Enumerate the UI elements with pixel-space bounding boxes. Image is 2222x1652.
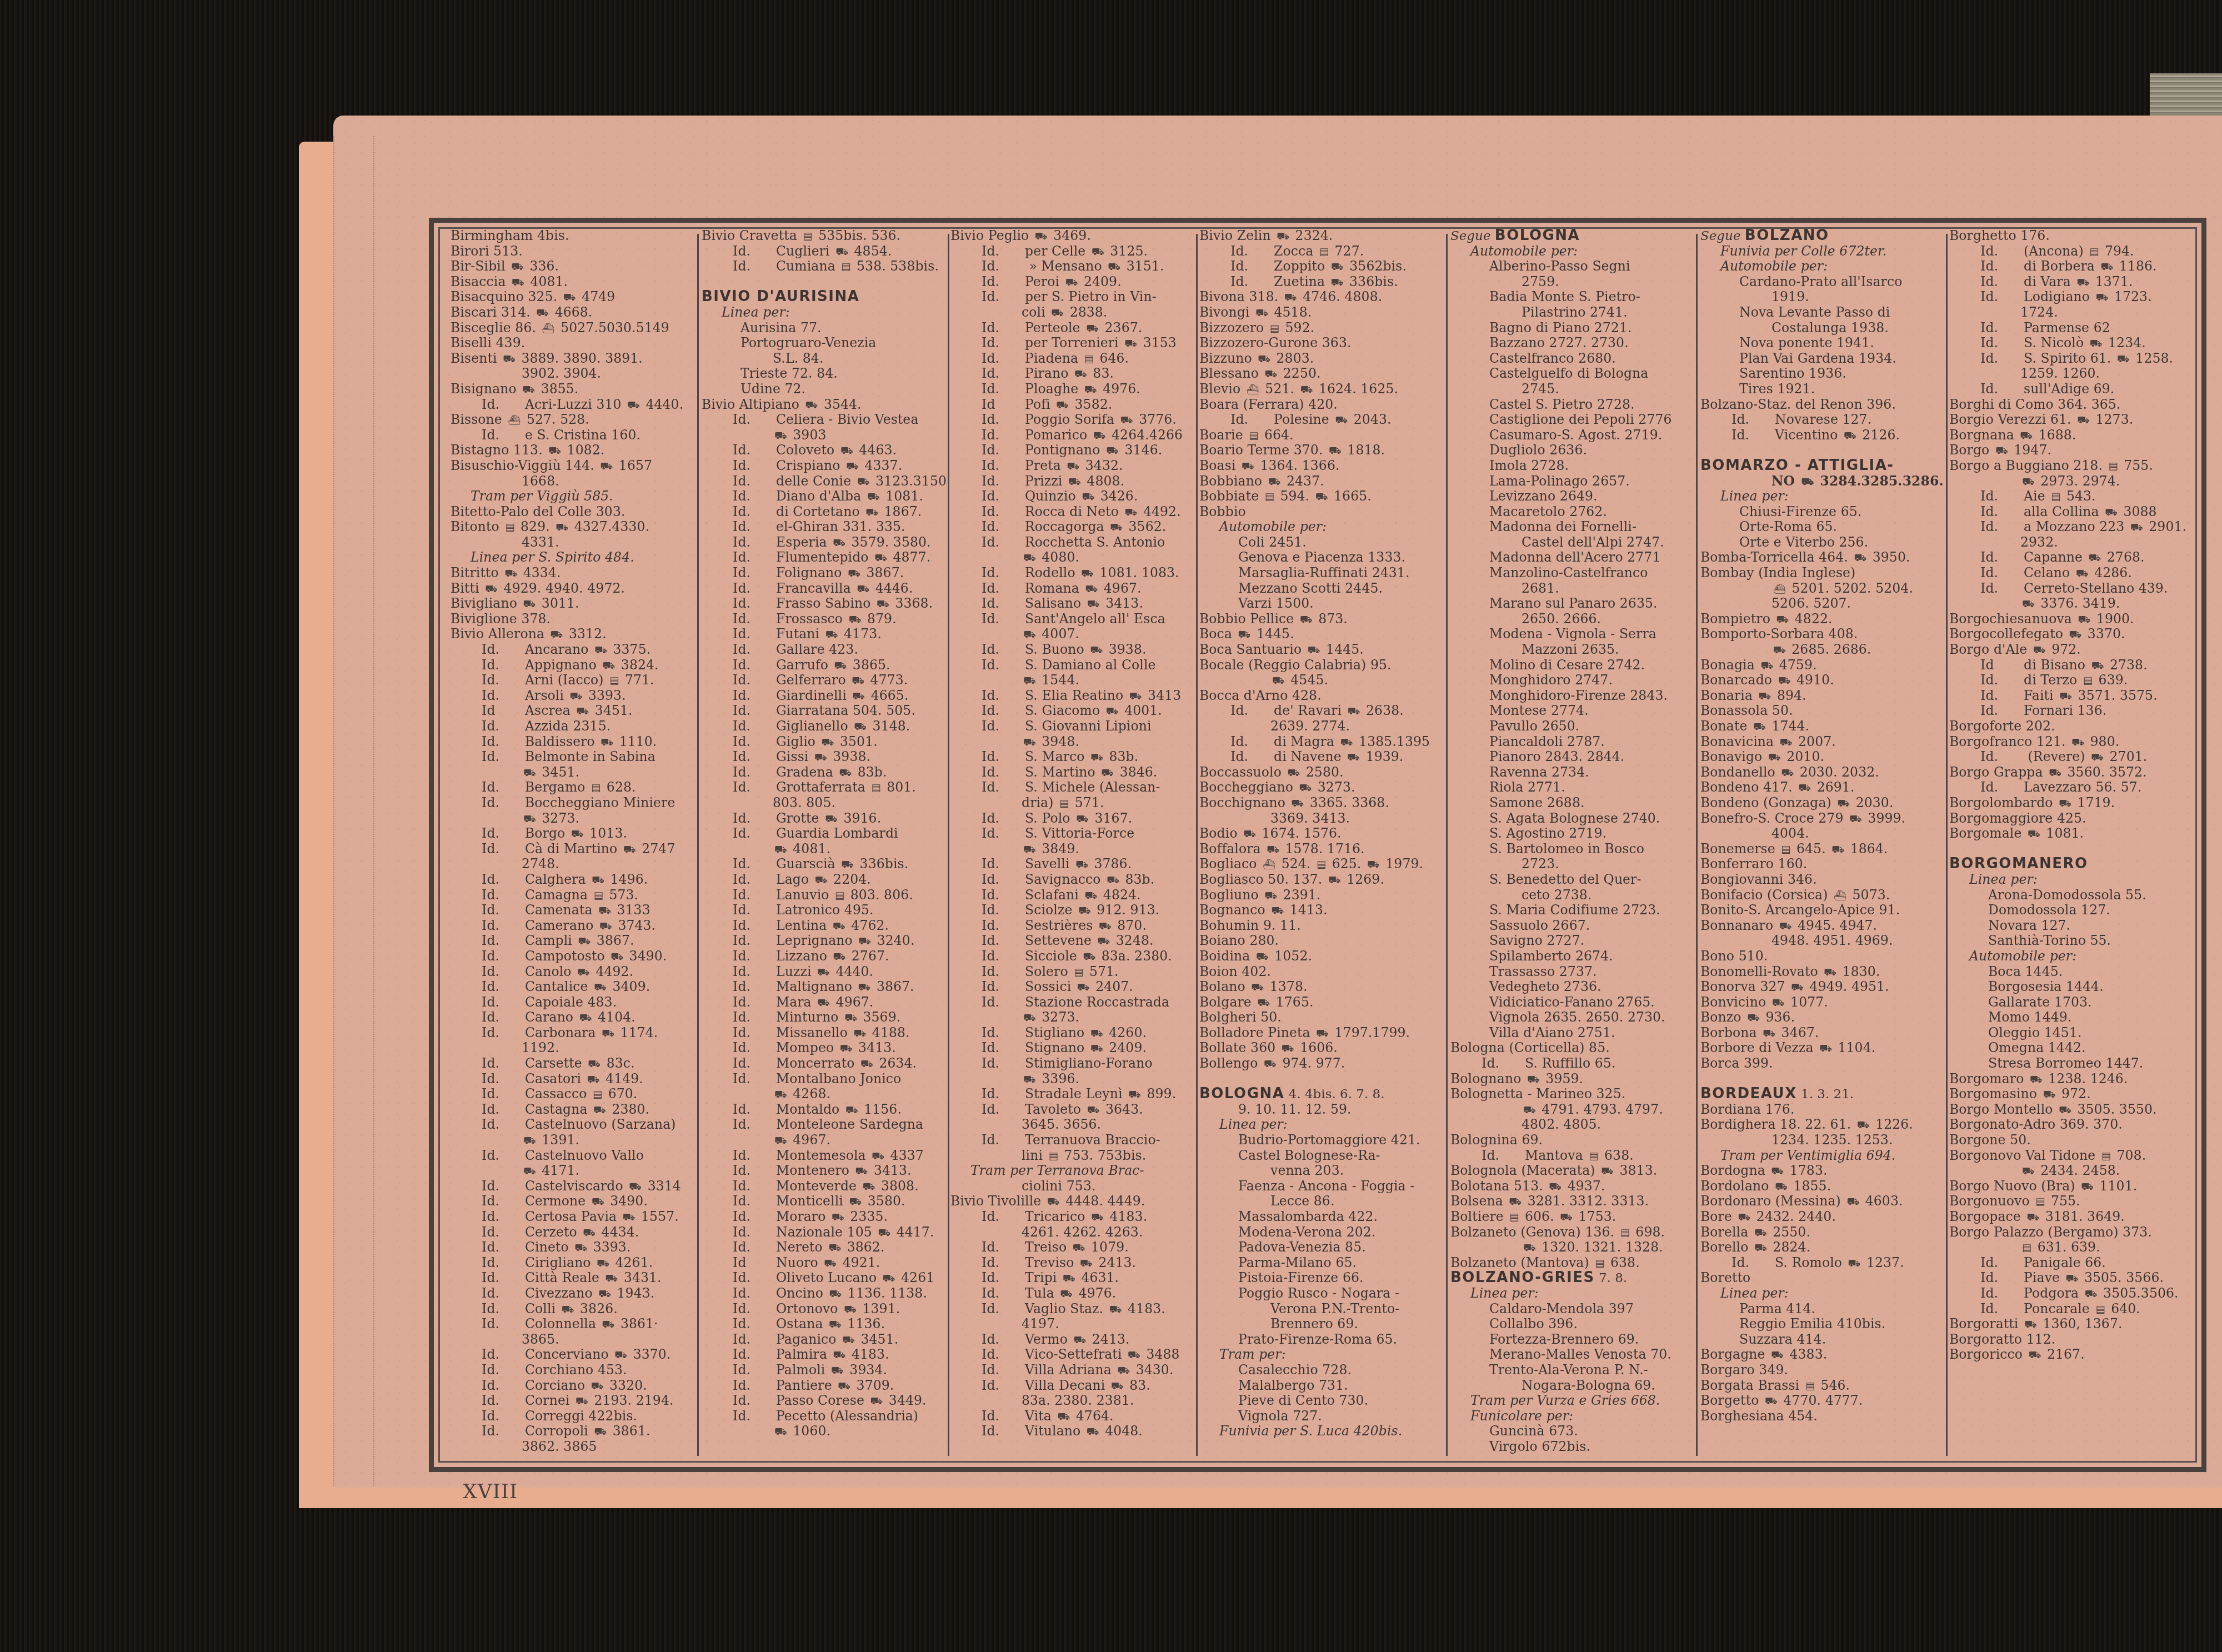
ditto-mark: Id. xyxy=(982,903,1025,918)
bus-icon: ⛟ xyxy=(602,1026,614,1042)
index-entry: Id.Rodello ⛟ 1081. 1083. xyxy=(950,565,1195,581)
ditto-mark: Id. xyxy=(482,1409,525,1424)
index-entry: Id.Villa Decani ⛟ 83. xyxy=(950,1378,1195,1394)
bus-icon: ⛟ xyxy=(594,643,607,658)
index-entry: Id.Luzzi ⛟ 4440. xyxy=(702,964,946,980)
tram-icon: ▤ xyxy=(1084,352,1094,367)
ditto-mark: Id. xyxy=(982,1133,1025,1148)
bus-icon: ⛟ xyxy=(1256,949,1269,965)
index-entry: Genova e Piacenza 1333. xyxy=(1199,550,1444,565)
index-entry: Caldaro-Mendola 397 xyxy=(1450,1301,1695,1317)
ditto-mark: Id. xyxy=(733,1240,776,1255)
bus-icon: ⛟ xyxy=(774,842,787,858)
bus-icon: ⛟ xyxy=(2081,1179,2094,1195)
ditto-mark: Id. xyxy=(733,857,776,872)
index-entry: Id.e S. Cristina 160. xyxy=(451,428,695,443)
index-entry: Bonate ⛟ 1744. xyxy=(1700,719,1945,734)
ditto-mark: Id. xyxy=(733,627,776,642)
index-entry: 1668. xyxy=(451,474,695,489)
index-entry: Bitonto ▤ 829. ⛟ 4327.4330. xyxy=(451,519,695,535)
ditto-mark: Id. xyxy=(482,1240,525,1255)
ditto-mark: Id. xyxy=(733,1179,776,1194)
index-entry: Boffalora ⛟ 1578. 1716. xyxy=(1199,842,1444,857)
index-entry: Id.Peroi ⛟ 2409. xyxy=(950,274,1195,290)
bus-icon: ⛟ xyxy=(844,1010,857,1026)
index-entry: Id.de' Ravari ⛟ 2638. xyxy=(1199,703,1444,719)
ditto-mark: Id. xyxy=(982,366,1025,382)
index-entry: Id.Cineto ⛟ 3393. xyxy=(451,1240,695,1255)
bus-icon: ⛟ xyxy=(1760,658,1773,674)
index-entry: Id.delle Conie ⛟ 3123.3150 xyxy=(702,474,946,489)
ditto-mark: Id. xyxy=(982,1102,1025,1118)
bus-icon: ⛟ xyxy=(1316,1026,1329,1042)
index-entry: 4261. 4262. 4263. xyxy=(950,1225,1195,1240)
bus-icon: ⛟ xyxy=(1848,1256,1861,1271)
bus-icon: ⛟ xyxy=(817,995,830,1011)
index-entry: Id.Quinzio ⛟ 3426. xyxy=(950,489,1195,504)
ditto-mark: Id. xyxy=(1230,703,1274,719)
index-entry: Borgo ⛟ 1947. xyxy=(1949,443,2194,458)
index-entry: Budrio-Portomaggiore 421. xyxy=(1199,1133,1444,1148)
index-entry: 1234. 1235. 1253. xyxy=(1700,1133,1945,1148)
index-entry: 1919. xyxy=(1700,289,1945,305)
ditto-mark: Id. xyxy=(733,811,776,827)
ditto-mark: Id. xyxy=(1980,274,2024,290)
index-entry: Bizzozero ▤ 592. xyxy=(1199,321,1444,336)
index-entry: Id.di Navene ⛟ 1939. xyxy=(1199,749,1444,765)
bus-icon: ⛟ xyxy=(555,520,568,535)
index-entry: Bompietro ⛟ 4822. xyxy=(1700,612,1945,627)
index-entry: Bivio Zelin ⛟ 2324. xyxy=(1199,228,1444,244)
bus-icon: ⛟ xyxy=(1090,643,1103,658)
bus-icon: ⛟ xyxy=(1523,1240,1536,1256)
index-entry: Merano-Malles Venosta 70. xyxy=(1450,1347,1695,1363)
ditto-mark: Id. xyxy=(733,596,776,612)
index-entry: Id.el-Ghiran 331. 335. xyxy=(702,519,946,535)
index-entry: Id.Mara ⛟ 4967. xyxy=(702,995,946,1010)
index-entry: Bolognetta - Marineo 325. xyxy=(1450,1087,1695,1102)
index-entry: Portogruaro-Venezia xyxy=(702,336,946,351)
index-column-7: Borghetto 176.Id.(Ancona) ▤ 794.Id.di Bo… xyxy=(1949,228,2194,1363)
index-entry: Prato-Firenze-Roma 65. xyxy=(1199,1332,1444,1348)
ditto-mark: Id. xyxy=(482,1102,525,1118)
index-entry: Id.Nereto ⛟ 3862. xyxy=(702,1240,946,1255)
index-entry: Boidina ⛟ 1052. xyxy=(1199,949,1444,964)
index-entry: dria) ▤ 571. xyxy=(950,795,1195,811)
ditto-mark: Id. xyxy=(733,1347,776,1363)
tram-icon: ▤ xyxy=(1265,489,1274,505)
bus-icon: ⛟ xyxy=(592,873,604,888)
bus-icon: ⛟ xyxy=(840,1041,853,1057)
index-entry: Sarentino 1936. xyxy=(1700,366,1945,382)
index-entry: Id.Francavilla ⛟ 4446. xyxy=(702,581,946,597)
tram-icon: ▤ xyxy=(1270,321,1279,337)
ditto-mark: Id. xyxy=(982,519,1025,535)
index-entry: Bolotana 513. ⛟ 4937. xyxy=(1450,1179,1695,1194)
bus-icon: ⛟ xyxy=(857,474,870,490)
index-entry: Id.Colonnella ⛟ 3861· xyxy=(451,1316,695,1332)
index-column-5: Segue BOLOGNAAutomobile per:Alberino-Pas… xyxy=(1450,228,1695,1455)
index-entry: Suzzara 414. xyxy=(1700,1332,1945,1348)
ditto-mark: Id. xyxy=(982,888,1025,903)
bus-icon: ⛟ xyxy=(551,627,563,643)
index-entry: Borghetto 176. xyxy=(1949,228,2194,244)
index-entry: ceto 2738. xyxy=(1450,888,1695,903)
index-entry: Boccheggiano ⛟ 3273. xyxy=(1199,780,1444,795)
index-entry: Birmingham 4bis. xyxy=(451,228,695,244)
index-entry: Molino di Cesare 2742. xyxy=(1450,658,1695,673)
index-entry: Id.Celiera - Bivio Vestea xyxy=(702,412,946,428)
ditto-mark: Id. xyxy=(982,1332,1025,1348)
bus-icon: ⛟ xyxy=(2059,689,2072,704)
bus-icon: ⛟ xyxy=(832,1210,844,1225)
index-entry: Borgoforte 202. xyxy=(1949,719,2194,734)
index-entry: Id.Vitulano ⛟ 4048. xyxy=(950,1424,1195,1439)
ditto-mark: Id. xyxy=(482,734,525,750)
bus-icon: ⛟ xyxy=(774,1133,787,1149)
index-entry: Riola 2771. xyxy=(1450,780,1695,795)
ditto-mark: Id. xyxy=(482,872,525,888)
index-entry: 4802. 4805. xyxy=(1450,1117,1695,1133)
bus-icon: ⛟ xyxy=(1560,1210,1573,1225)
index-entry: Id.Sicciole ⛟ 83a. 2380. xyxy=(950,949,1195,964)
index-entry: Borgolombardo ⛟ 1719. xyxy=(1949,795,2194,811)
index-entry: Reggio Emilia 410bis. xyxy=(1700,1316,1945,1332)
index-entry: Id.Tricarico ⛟ 4183. xyxy=(950,1209,1195,1225)
index-entry: Bivigliano ⛟ 3011. xyxy=(451,596,695,612)
column-divider xyxy=(1696,234,1698,1456)
index-entry: Borgio Verezzi 61. ⛟ 1273. xyxy=(1949,412,2194,428)
index-entry: Id.Camagna ▤ 573. xyxy=(451,888,695,903)
ditto-mark: Id. xyxy=(482,979,525,995)
index-entry: Id.Vermo ⛟ 2413. xyxy=(950,1332,1195,1348)
index-entry: Borgo Nuovo (Bra) ⛟ 1101. xyxy=(1949,1179,2194,1194)
ditto-mark: Id. xyxy=(982,1056,1025,1072)
index-entry: Id.Carano ⛟ 4104. xyxy=(451,1010,695,1025)
bus-icon: ⛟ xyxy=(2059,1103,2071,1118)
index-entry: Bohumin 9. 11. xyxy=(1199,918,1444,934)
bus-icon: ⛟ xyxy=(1060,1286,1073,1302)
bus-icon: ⛟ xyxy=(857,582,869,597)
bus-icon: ⛟ xyxy=(840,443,853,459)
index-entry: Vedegheto 2736. xyxy=(1450,979,1695,995)
bus-icon: ⛟ xyxy=(842,1333,855,1348)
bus-icon: ⛟ xyxy=(1023,627,1036,643)
ditto-mark: Id. xyxy=(733,1072,776,1087)
bus-icon: ⛟ xyxy=(2091,750,2104,765)
index-entry: Fortezza-Brennero 69. xyxy=(1450,1332,1695,1348)
boat-icon: ⛴ xyxy=(542,321,555,337)
index-entry: Id.Romana ⛟ 4967. xyxy=(950,581,1195,597)
index-entry: 1724. xyxy=(1949,305,2194,321)
index-entry: ⛟ 3948. xyxy=(950,734,1195,750)
index-entry: Id.di Cortetano ⛟ 1867. xyxy=(702,504,946,520)
bus-icon: ⛟ xyxy=(1082,489,1094,505)
index-entry: Automobile per: xyxy=(1199,519,1444,535)
ditto-mark: Id. xyxy=(982,658,1025,673)
index-entry: Id.Grottaferrata ▤ 801. xyxy=(702,780,946,795)
index-entry: Biselli 439. xyxy=(451,336,695,351)
bus-icon: ⛟ xyxy=(1282,1041,1294,1057)
index-entry: Id.Novarese 127. xyxy=(1700,412,1945,428)
ditto-mark: Id. xyxy=(982,995,1025,1010)
bus-icon: ⛟ xyxy=(824,1256,837,1271)
index-entry: Bonomelli-Rovato ⛟ 1830. xyxy=(1700,964,1945,980)
bus-icon: ⛟ xyxy=(2030,1072,2043,1088)
bus-icon: ⛟ xyxy=(563,290,576,306)
ditto-mark: Id. xyxy=(982,872,1025,888)
tram-icon: ▤ xyxy=(594,888,603,904)
index-entry: 3902. 3904. xyxy=(451,366,695,382)
index-entry: Bollengo ⛟ 974. 977. xyxy=(1199,1056,1444,1072)
index-entry: Bonaria ⛟ 894. xyxy=(1700,688,1945,704)
index-entry: 1192. xyxy=(451,1040,695,1056)
bus-icon: ⛟ xyxy=(838,1379,850,1394)
index-entry: Biviglione 378. xyxy=(451,612,695,627)
bus-icon: ⛟ xyxy=(605,1271,618,1286)
index-entry: Borgonato-Adro 369. 370. xyxy=(1949,1117,2194,1133)
bus-icon: ⛟ xyxy=(1058,1409,1070,1425)
bus-icon: ⛟ xyxy=(1759,689,1771,704)
spacer xyxy=(1700,443,1945,458)
bus-icon: ⛟ xyxy=(598,1286,611,1302)
index-entry: Funivia per S. Luca 420bis. xyxy=(1199,1424,1444,1439)
index-entry: ⛟ 4081. xyxy=(702,842,946,857)
bus-icon: ⛟ xyxy=(1077,980,1090,995)
index-entry: Nova ponente 1941. xyxy=(1700,336,1945,351)
ditto-mark: Id. xyxy=(982,1409,1025,1424)
index-entry: Borgata Brassi ▤ 546. xyxy=(1700,1378,1945,1394)
index-entry: Id.Lanuvio ▤ 803. 806. xyxy=(702,888,946,903)
tram-icon: ▤ xyxy=(2101,1149,2111,1164)
index-entry: Id.Savignacco ⛟ 83b. xyxy=(950,872,1195,888)
ditto-mark: Id. xyxy=(482,1255,525,1271)
bus-icon: ⛟ xyxy=(523,1133,536,1149)
index-entry: Bonavigo ⛟ 2010. xyxy=(1700,749,1945,765)
ditto-mark: Id. xyxy=(733,918,776,934)
ditto-mark: Id. xyxy=(482,1301,525,1317)
ditto-mark: Id. xyxy=(482,658,525,673)
bus-icon: ⛟ xyxy=(1073,1333,1086,1348)
index-entry: Id.Zuetina ⛟ 336bis. xyxy=(1199,274,1444,290)
bus-icon: ⛟ xyxy=(1523,1103,1536,1118)
ditto-mark: Id. xyxy=(733,1025,776,1041)
index-entry: Id.Piave ⛟ 3505. 3566. xyxy=(1949,1270,2194,1286)
index-entry: 4948. 4951. 4969. xyxy=(1700,933,1945,949)
bus-icon: ⛟ xyxy=(1300,382,1313,398)
ditto-mark: Id. xyxy=(1980,351,2024,367)
tram-icon: ▤ xyxy=(835,888,844,904)
bus-icon: ⛟ xyxy=(1067,459,1079,474)
bus-icon: ⛟ xyxy=(1125,505,1138,520)
ditto-mark: Id. xyxy=(982,1270,1025,1286)
ditto-mark: Id. xyxy=(482,1194,525,1209)
index-entry: Trieste 72. 84. xyxy=(702,366,946,382)
bus-icon: ⛟ xyxy=(1117,1363,1130,1379)
index-entry: Madonna dell'Acero 2771 xyxy=(1450,550,1695,565)
index-entry: Id.Lodigiano ⛟ 1723. xyxy=(1949,289,2194,305)
bus-icon: ⛟ xyxy=(593,1103,606,1118)
index-entry: Id.Montenero ⛟ 3413. xyxy=(702,1163,946,1179)
index-entry: S. Agata Bolognese 2740. xyxy=(1450,811,1695,827)
index-entry: 2639. 2774. xyxy=(1199,719,1444,734)
bus-icon: ⛟ xyxy=(1831,842,1844,858)
index-entry: Nogara-Bologna 69. xyxy=(1450,1378,1695,1394)
ditto-mark: Id. xyxy=(733,995,776,1010)
bus-icon: ⛟ xyxy=(1068,474,1081,490)
index-entry: Id.Parmense 62 xyxy=(1949,321,2194,336)
index-entry: 3862. 3865 xyxy=(451,1439,695,1455)
bus-icon: ⛟ xyxy=(1772,995,1785,1011)
index-entry: Bolognola (Macerata) ⛟ 3813. xyxy=(1450,1163,1695,1179)
tram-icon: ▤ xyxy=(1249,428,1258,444)
bus-icon: ⛟ xyxy=(536,306,549,321)
ditto-mark: Id. xyxy=(482,673,525,688)
bus-icon: ⛟ xyxy=(872,1149,884,1164)
index-entry: Marano sul Panaro 2635. xyxy=(1450,596,1695,612)
ditto-mark: Id. xyxy=(982,1363,1025,1378)
index-entry: Id.alla Collina ⛟ 3088 xyxy=(1949,504,2194,520)
tram-icon: ▤ xyxy=(609,673,619,689)
index-entry: Borgoricco ⛟ 2167. xyxy=(1949,1347,2194,1363)
ditto-mark: Id. xyxy=(1230,244,1274,259)
ditto-mark: Id. xyxy=(482,1087,525,1102)
ditto-mark: Id. xyxy=(482,949,525,964)
ditto-mark: Id. xyxy=(982,1301,1025,1317)
bus-icon: ⛟ xyxy=(805,398,818,413)
index-entry: Id.Concerviano ⛟ 3370. xyxy=(451,1347,695,1363)
index-entry: Bolzaneto (Mantova) ▤ 638. xyxy=(1450,1255,1695,1271)
index-entry: Id.di Terzo ▤ 639. xyxy=(1949,673,2194,688)
bus-icon: ⛟ xyxy=(833,919,845,934)
index-entry: Id.Mompeo ⛟ 3413. xyxy=(702,1040,946,1056)
ditto-mark: Id. xyxy=(482,1347,525,1363)
ditto-mark: Id. xyxy=(733,474,776,489)
bus-icon: ⛟ xyxy=(1120,413,1133,428)
index-entry: Bonferraro 160. xyxy=(1700,857,1945,872)
ditto-mark: Id. xyxy=(482,1316,525,1332)
index-entry: Castel dell'Alpi 2747. xyxy=(1450,535,1695,550)
index-entry: Boltiere ▤ 606. ⛟ 1753. xyxy=(1450,1209,1695,1225)
bus-icon: ⛟ xyxy=(815,873,828,888)
bus-icon: ⛟ xyxy=(883,1271,895,1286)
index-entry: Id.Baldissero ⛟ 1110. xyxy=(451,734,695,750)
bus-icon: ⛟ xyxy=(1775,1179,1788,1195)
bus-icon: ⛟ xyxy=(874,550,887,566)
index-entry: Id.Cermone ⛟ 3490. xyxy=(451,1194,695,1209)
bus-icon: ⛟ xyxy=(577,965,590,980)
bus-icon: ⛟ xyxy=(1080,1256,1093,1271)
bus-icon: ⛟ xyxy=(1779,919,1792,934)
index-entry: IdNuoro ⛟ 4921. xyxy=(702,1255,946,1271)
index-entry: Id.Futani ⛟ 4173. xyxy=(702,627,946,642)
ditto-mark: Id. xyxy=(733,688,776,704)
ditto-mark: Id. xyxy=(733,1163,776,1179)
ditto-mark: Id. xyxy=(982,642,1025,658)
index-entry: ⛟ 2973. 2974. xyxy=(1949,474,2194,489)
ditto-mark: Id. xyxy=(482,888,525,903)
index-entry: Bizzozero-Gurone 363. xyxy=(1199,336,1444,351)
index-entry: Arona-Domodossola 55. xyxy=(1949,888,2194,903)
ditto-mark: Id. xyxy=(982,581,1025,597)
bus-icon: ⛟ xyxy=(548,443,561,459)
index-entry: ⛟ 3903 xyxy=(702,428,946,443)
boat-icon: ⛴ xyxy=(1247,382,1259,398)
index-entry: Id.per Celle ⛟ 3125. xyxy=(950,244,1195,259)
index-entry: Mazzoni 2635. xyxy=(1450,642,1695,658)
index-entry: ⛟ 3376. 3419. xyxy=(1949,596,2194,612)
index-entry: Verona P.N.-Trento- xyxy=(1199,1301,1444,1317)
index-entry: Bizzuno ⛟ 2803. xyxy=(1199,351,1444,367)
index-entry: Bomba-Torricella 464. ⛟ 3950. xyxy=(1700,550,1945,565)
index-entry: Id.Oliveto Lucano ⛟ 4261 xyxy=(702,1270,946,1286)
ditto-mark: Id. xyxy=(733,734,776,750)
ditto-mark: Id. xyxy=(733,1301,776,1317)
index-entry: Bore ⛟ 2432. 2440. xyxy=(1700,1209,1945,1225)
index-entry: Bonagia ⛟ 4759. xyxy=(1700,658,1945,673)
index-entry: ⛟ 1544. xyxy=(950,673,1195,688)
index-entry: Id.Bergamo ▤ 628. xyxy=(451,780,695,795)
index-entry: 5206. 5207. xyxy=(1700,596,1945,612)
index-entry: Bolgheri 50. xyxy=(1199,1010,1444,1025)
index-entry: Borgo Montello ⛟ 3505. 3550. xyxy=(1949,1102,2194,1118)
bus-icon: ⛟ xyxy=(833,535,845,551)
index-entry: Id. » Mensano ⛟ 3151. xyxy=(950,259,1195,274)
ditto-mark: Id. xyxy=(1980,289,2024,305)
index-entry: Id.S. Giacomo ⛟ 4001. xyxy=(950,703,1195,719)
index-entry: Bisaccia ⛟ 4081. xyxy=(451,274,695,290)
ditto-mark: Id. xyxy=(733,888,776,903)
index-entry: Bodio ⛟ 1674. 1576. xyxy=(1199,826,1444,842)
ditto-mark: Id. xyxy=(982,1240,1025,1255)
index-entry: Id.Giarratana 504. 505. xyxy=(702,703,946,719)
ditto-mark: Id. xyxy=(1980,550,2024,565)
index-entry: Id.S. Ruffillo 65. xyxy=(1450,1056,1695,1072)
index-entry: Aurisina 77. xyxy=(702,321,946,336)
bus-icon: ⛟ xyxy=(831,1363,844,1379)
index-entry: Collalbo 396. xyxy=(1450,1316,1695,1332)
index-entry: ⛟ 4171. xyxy=(451,1163,695,1179)
ditto-mark: Id. xyxy=(982,703,1025,719)
index-entry: Novara 127. xyxy=(1949,918,2194,934)
index-entry: Id.Panigale 66. xyxy=(1949,1255,2194,1271)
index-entry: Id.Maltignano ⛟ 3867. xyxy=(702,979,946,995)
bus-icon: ⛟ xyxy=(2100,259,2113,275)
index-entry: ⛟ 4007. xyxy=(950,627,1195,642)
bus-icon: ⛟ xyxy=(1754,1240,1767,1256)
index-entry: Lecce 86. xyxy=(1199,1194,1444,1209)
index-entry: Costalunga 1938. xyxy=(1700,321,1945,336)
index-entry: Bolzano-Staz. del Renon 396. xyxy=(1700,397,1945,413)
index-entry: Bivongi ⛟ 4518. xyxy=(1199,305,1444,321)
index-entry: Id.Preta ⛟ 3432. xyxy=(950,458,1195,474)
ditto-mark: Id. xyxy=(982,244,1025,259)
index-entry: Borgomaggiore 425. xyxy=(1949,811,2194,827)
index-entry: Bitritto ⛟ 4334. xyxy=(451,565,695,581)
bus-icon: ⛟ xyxy=(1128,1348,1140,1363)
bus-icon: ⛟ xyxy=(1768,750,1781,765)
ditto-mark: Id. xyxy=(1980,565,2024,581)
index-entry: Id.Lentina ⛟ 4762. xyxy=(702,918,946,934)
index-entry: Id.Treiso ⛟ 1079. xyxy=(950,1240,1195,1255)
bus-icon: ⛟ xyxy=(878,1225,890,1241)
ditto-mark: Id. xyxy=(482,1225,525,1240)
index-entry: Trassasso 2737. xyxy=(1450,964,1695,980)
index-entry: Id.a Mozzano 223 ⛟ 2901. xyxy=(1949,519,2194,535)
ditto-mark: Id. xyxy=(982,1209,1025,1225)
index-entry: Tram per Vurza e Gries 668. xyxy=(1450,1393,1695,1409)
index-entry: Id.Calghera ⛟ 1496. xyxy=(451,872,695,888)
